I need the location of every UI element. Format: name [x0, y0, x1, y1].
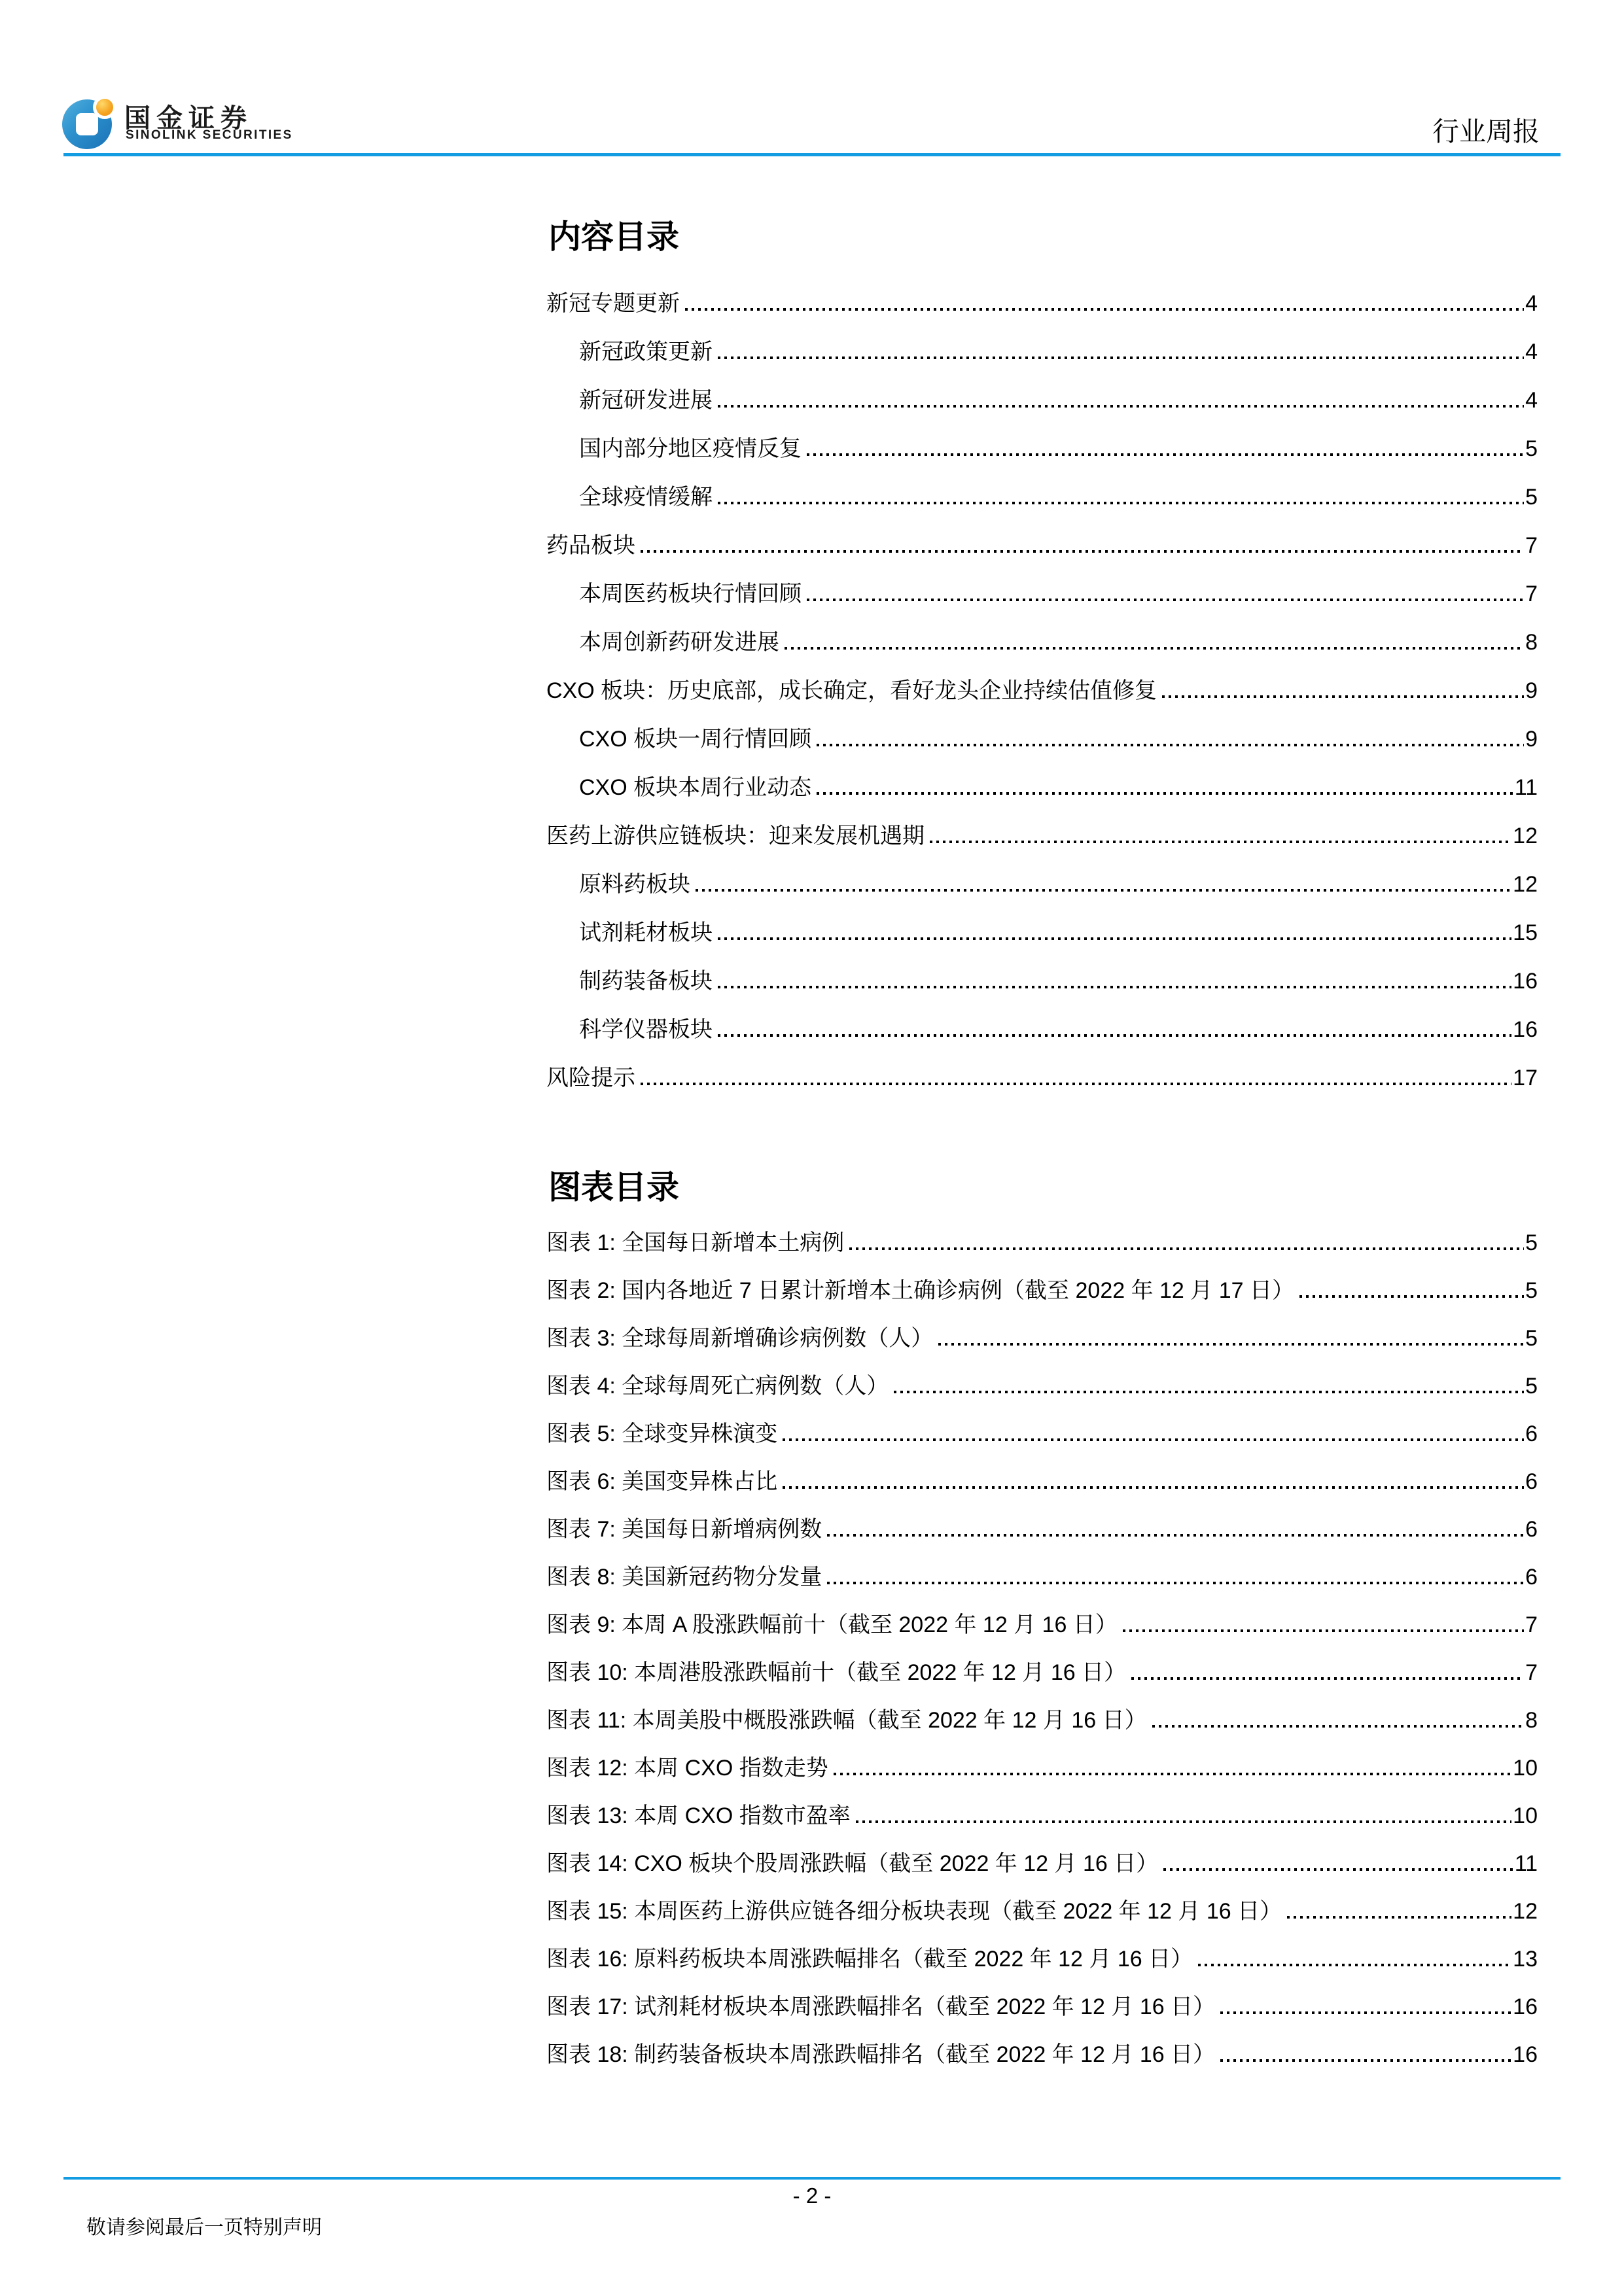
toc-entry-page: 9: [1525, 667, 1538, 715]
toc-entry-label: 图表 2: 国内各地近 7 日累计新增本土确诊病例（截至 2022 年 12 月…: [546, 1267, 1294, 1315]
toc-entry-page: 10: [1513, 1745, 1538, 1792]
toc-entry-label: CXO 板块一周行情回顾: [579, 715, 811, 763]
figure-toc-entry[interactable]: 图表 9: 本周 A 股涨跌幅前十（截至 2022 年 12 月 16 日）7: [546, 1601, 1538, 1649]
figure-toc-entry[interactable]: 图表 10: 本周港股涨跌幅前十（截至 2022 年 12 月 16 日）7: [546, 1649, 1538, 1697]
footer-rule: [63, 2177, 1561, 2180]
toc-entry-label: 图表 12: 本周 CXO 指数走势: [546, 1745, 828, 1792]
toc-entry-page: 5: [1525, 1267, 1538, 1315]
content-toc-entry[interactable]: 原料药板块12: [546, 860, 1538, 909]
toc-entry-page: 16: [1513, 1983, 1538, 2031]
content-toc-entry[interactable]: 试剂耗材板块15: [546, 909, 1538, 957]
figure-toc-entry[interactable]: 图表 16: 原料药板块本周涨跌幅排名（截至 2022 年 12 月 16 日）…: [546, 1936, 1538, 1983]
toc-entry-page: 5: [1525, 473, 1538, 521]
dot-leader: [641, 550, 1524, 553]
figure-toc-entry[interactable]: 图表 18: 制药装备板块本周涨跌幅排名（截至 2022 年 12 月 16 日…: [546, 2031, 1538, 2079]
toc-entry-page: 8: [1525, 1697, 1538, 1745]
dot-leader: [718, 502, 1524, 504]
toc-entry-label: 本周医药板块行情回顾: [579, 570, 802, 618]
toc-entry-label: 图表 5: 全球变异株演变: [546, 1410, 777, 1458]
toc-entry-label: 图表 3: 全球每周新增确诊病例数（人）: [546, 1315, 933, 1363]
dot-leader: [783, 1438, 1524, 1441]
dot-leader: [685, 308, 1524, 311]
toc-entry-label: 图表 10: 本周港股涨跌幅前十（截至 2022 年 12 月 16 日）: [546, 1649, 1126, 1697]
dot-leader: [1198, 1964, 1511, 1966]
dot-leader: [718, 1034, 1511, 1037]
toc-entry-page: 16: [1513, 957, 1538, 1005]
content-toc-entry[interactable]: CXO 板块一周行情回顾9: [546, 715, 1538, 763]
figure-toc-entry[interactable]: 图表 7: 美国每日新增病例数6: [546, 1506, 1538, 1554]
header-rule: [63, 153, 1561, 156]
toc-entry-label: 药品板块: [546, 521, 635, 570]
toc-entry-page: 10: [1513, 1792, 1538, 1840]
toc-entry-label: 科学仪器板块: [579, 1005, 713, 1054]
toc-entry-label: CXO 板块：历史底部，成长确定，看好龙头企业持续估值修复: [546, 667, 1157, 715]
toc-entry-label: 图表 7: 美国每日新增病例数: [546, 1506, 822, 1554]
dot-leader: [1299, 1295, 1524, 1298]
toc-entry-page: 7: [1525, 1601, 1538, 1649]
disclaimer-text: 敬请参阅最后一页特别声明: [86, 2211, 322, 2240]
figure-toc-entry[interactable]: 图表 4: 全球每周死亡病例数（人）5: [546, 1363, 1538, 1410]
dot-leader: [894, 1391, 1524, 1393]
figures-toc-list: 图表 1: 全国每日新增本土病例5图表 2: 国内各地近 7 日累计新增本土确诊…: [546, 1219, 1538, 2079]
logo-ball-shape: [93, 96, 116, 119]
toc-entry-page: 12: [1513, 1888, 1538, 1936]
content-toc-entry[interactable]: 科学仪器板块16: [546, 1005, 1538, 1054]
toc-entry-label: 风险提示: [546, 1054, 635, 1102]
content-toc-entry[interactable]: 新冠研发进展4: [546, 376, 1538, 425]
toc-entry-label: 图表 13: 本周 CXO 指数市盈率: [546, 1792, 851, 1840]
content-toc-entry[interactable]: 全球疫情缓解5: [546, 473, 1538, 521]
dot-leader: [1220, 2059, 1511, 2062]
figure-toc-entry[interactable]: 图表 1: 全国每日新增本土病例5: [546, 1219, 1538, 1267]
toc-entry-label: 图表 1: 全国每日新增本土病例: [546, 1219, 844, 1267]
toc-entry-page: 8: [1525, 618, 1538, 667]
report-type-label: 行业周报: [1432, 110, 1540, 148]
dot-leader: [938, 1343, 1524, 1346]
logo-square-shape: [76, 113, 98, 135]
toc-entry-page: 11: [1515, 763, 1538, 812]
toc-entry-page: 16: [1513, 2031, 1538, 2079]
toc-entry-label: 全球疫情缓解: [579, 473, 713, 521]
figure-toc-entry[interactable]: 图表 2: 国内各地近 7 日累计新增本土确诊病例（截至 2022 年 12 月…: [546, 1267, 1538, 1315]
toc-entry-page: 6: [1525, 1554, 1538, 1601]
dot-leader: [783, 1486, 1524, 1489]
figure-toc-entry[interactable]: 图表 17: 试剂耗材板块本周涨跌幅排名（截至 2022 年 12 月 16 日…: [546, 1983, 1538, 2031]
toc-entry-page: 5: [1525, 425, 1538, 473]
page-number: - 2 -: [0, 2183, 1624, 2208]
dot-leader: [1131, 1677, 1524, 1680]
dot-leader: [718, 937, 1511, 940]
content-toc-entry[interactable]: 制药装备板块16: [546, 957, 1538, 1005]
toc-entry-label: 图表 14: CXO 板块个股周涨跌幅（截至 2022 年 12 月 16 日）: [546, 1840, 1158, 1888]
dot-leader: [856, 1820, 1511, 1823]
dot-leader: [807, 453, 1524, 456]
toc-entry-page: 15: [1513, 909, 1538, 957]
logo-company-name-en: SINOLINK SECURITIES: [126, 128, 293, 143]
content-toc-title: 内容目录: [548, 211, 679, 258]
dot-leader: [1220, 2011, 1511, 2014]
figure-toc-entry[interactable]: 图表 8: 美国新冠药物分发量6: [546, 1554, 1538, 1601]
toc-entry-label: 新冠研发进展: [579, 376, 713, 425]
dot-leader: [827, 1534, 1524, 1537]
toc-entry-page: 12: [1513, 812, 1538, 860]
toc-entry-label: 试剂耗材板块: [579, 909, 713, 957]
toc-entry-page: 4: [1525, 328, 1538, 376]
toc-entry-page: 7: [1525, 570, 1538, 618]
toc-entry-page: 9: [1525, 715, 1538, 763]
toc-entry-page: 5: [1525, 1363, 1538, 1410]
sinolink-logo-icon: [62, 96, 118, 152]
toc-entry-label: 图表 16: 原料药板块本周涨跌幅排名（截至 2022 年 12 月 16 日）: [546, 1936, 1193, 1983]
figure-toc-entry[interactable]: 图表 5: 全球变异株演变6: [546, 1410, 1538, 1458]
content-toc-entry[interactable]: 新冠专题更新4: [546, 279, 1538, 328]
figures-toc-title: 图表目录: [548, 1161, 679, 1208]
figure-toc-entry[interactable]: 图表 13: 本周 CXO 指数市盈率10: [546, 1792, 1538, 1840]
dot-leader: [807, 599, 1524, 601]
dot-leader: [696, 889, 1511, 892]
toc-entry-page: 16: [1513, 1005, 1538, 1054]
content-toc-entry[interactable]: 本周医药板块行情回顾7: [546, 570, 1538, 618]
dot-leader: [718, 357, 1524, 359]
dot-leader: [834, 1773, 1511, 1775]
toc-entry-label: CXO 板块本周行业动态: [579, 763, 811, 812]
toc-entry-page: 6: [1525, 1458, 1538, 1506]
toc-entry-page: 7: [1525, 521, 1538, 570]
toc-entry-page: 5: [1525, 1219, 1538, 1267]
dot-leader: [1123, 1629, 1524, 1632]
content-toc-entry[interactable]: 药品板块7: [546, 521, 1538, 570]
dot-leader: [827, 1582, 1524, 1584]
figure-toc-entry[interactable]: 图表 14: CXO 板块个股周涨跌幅（截至 2022 年 12 月 16 日）…: [546, 1840, 1538, 1888]
toc-entry-label: 原料药板块: [579, 860, 690, 909]
figure-toc-entry[interactable]: 图表 11: 本周美股中概股涨跌幅（截至 2022 年 12 月 16 日）8: [546, 1697, 1538, 1745]
toc-entry-label: 制药装备板块: [579, 957, 713, 1005]
toc-entry-label: 图表 11: 本周美股中概股涨跌幅（截至 2022 年 12 月 16 日）: [546, 1697, 1147, 1745]
toc-entry-label: 图表 17: 试剂耗材板块本周涨跌幅排名（截至 2022 年 12 月 16 日…: [546, 1983, 1215, 2031]
figure-toc-entry[interactable]: 图表 15: 本周医药上游供应链各细分板块表现（截至 2022 年 12 月 1…: [546, 1888, 1538, 1936]
content-toc-entry[interactable]: 本周创新药研发进展8: [546, 618, 1538, 667]
toc-entry-label: 新冠专题更新: [546, 279, 680, 328]
toc-entry-label: 图表 8: 美国新冠药物分发量: [546, 1554, 822, 1601]
toc-entry-label: 图表 18: 制药装备板块本周涨跌幅排名（截至 2022 年 12 月 16 日…: [546, 2031, 1215, 2079]
figure-toc-entry[interactable]: 图表 6: 美国变异株占比6: [546, 1458, 1538, 1506]
dot-leader: [718, 986, 1511, 988]
content-toc-entry[interactable]: CXO 板块本周行业动态11: [546, 763, 1538, 812]
dot-leader: [785, 647, 1524, 650]
toc-entry-label: 图表 9: 本周 A 股涨跌幅前十（截至 2022 年 12 月 16 日）: [546, 1601, 1118, 1649]
toc-entry-page: 13: [1513, 1936, 1538, 1983]
toc-entry-label: 图表 6: 美国变异株占比: [546, 1458, 777, 1506]
figure-toc-entry[interactable]: 图表 12: 本周 CXO 指数走势10: [546, 1745, 1538, 1792]
toc-entry-page: 4: [1525, 279, 1538, 328]
toc-entry-page: 4: [1525, 376, 1538, 425]
toc-entry-page: 6: [1525, 1410, 1538, 1458]
content-toc-list: 新冠专题更新4新冠政策更新4新冠研发进展4国内部分地区疫情反复5全球疫情缓解5药…: [546, 279, 1538, 1102]
content-toc-entry[interactable]: CXO 板块：历史底部，成长确定，看好龙头企业持续估值修复9: [546, 667, 1538, 715]
figure-toc-entry[interactable]: 图表 3: 全球每周新增确诊病例数（人）5: [546, 1315, 1538, 1363]
toc-entry-page: 7: [1525, 1649, 1538, 1697]
toc-entry-label: 国内部分地区疫情反复: [579, 425, 802, 473]
toc-entry-page: 17: [1513, 1054, 1538, 1102]
report-page: 国金证券 SINOLINK SECURITIES 行业周报 内容目录 新冠专题更…: [0, 0, 1624, 2296]
content-toc-entry[interactable]: 风险提示17: [546, 1054, 1538, 1102]
content-toc-entry[interactable]: 新冠政策更新4: [546, 328, 1538, 376]
toc-entry-label: 本周创新药研发进展: [579, 618, 779, 667]
dot-leader: [849, 1247, 1524, 1250]
dot-leader: [930, 841, 1511, 843]
toc-entry-page: 11: [1515, 1840, 1538, 1888]
dot-leader: [1287, 1916, 1511, 1919]
dot-leader: [1162, 695, 1524, 698]
toc-entry-page: 6: [1525, 1506, 1538, 1554]
dot-leader: [718, 405, 1524, 408]
dot-leader: [817, 744, 1524, 746]
toc-entry-label: 医药上游供应链板块：迎来发展机遇期: [546, 812, 925, 860]
dot-leader: [1163, 1868, 1513, 1871]
dot-leader: [1152, 1725, 1524, 1728]
toc-entry-label: 图表 4: 全球每周死亡病例数（人）: [546, 1363, 889, 1410]
toc-entry-label: 新冠政策更新: [579, 328, 713, 376]
toc-entry-label: 图表 15: 本周医药上游供应链各细分板块表现（截至 2022 年 12 月 1…: [546, 1888, 1282, 1936]
content-toc-entry[interactable]: 医药上游供应链板块：迎来发展机遇期12: [546, 812, 1538, 860]
dot-leader: [641, 1083, 1511, 1085]
content-toc-entry[interactable]: 国内部分地区疫情反复5: [546, 425, 1538, 473]
toc-entry-page: 12: [1513, 860, 1538, 909]
toc-entry-page: 5: [1525, 1315, 1538, 1363]
dot-leader: [817, 792, 1513, 795]
